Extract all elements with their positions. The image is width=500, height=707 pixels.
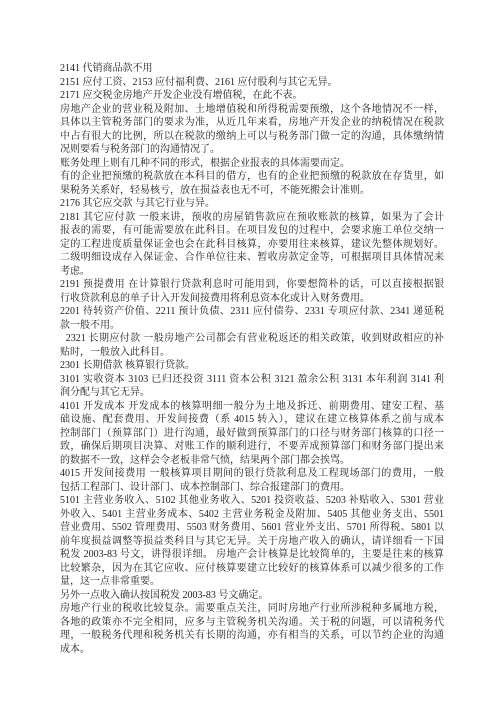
- text-line-content: 3101 实收资本 3103 已归还投资 3111 资本公积 3121 盈余公积…: [60, 374, 444, 385]
- text-line: 房地产行业的税收比较复杂。需要重点关注，同时房地产行业所涉税种多属地方税，: [60, 602, 444, 616]
- text-line: 定的工程进度质量保证金也会在此科目核算，亦要用往来核算，建议先整体规划好。: [60, 238, 444, 252]
- text-line-content: 润分配与其它无异。: [60, 387, 150, 398]
- text-line-content: 4101 开发成本 开发成本的核算明细一般分为土地及拆迁、前期费用、建安工程、基: [60, 401, 444, 412]
- text-line: 比较繁杂，因为在其它应收、应付核算要建立比较好的核算体系可以减少很多的工作: [60, 562, 444, 576]
- text-line: 4015 开发间接费用 一般核算项目期间的银行贷款利息及工程现场部门的费用，一般: [60, 467, 444, 481]
- text-line: 2301 长期借款 核算银行贷款。: [60, 359, 444, 373]
- text-line: 2171 应交税金房地产开发企业没有增值税，在此不表。: [60, 89, 444, 103]
- text-line: 考虑。: [60, 265, 444, 279]
- text-line: 3101 实收资本 3103 已归还投资 3111 资本公积 3121 盈余公积…: [60, 373, 444, 387]
- text-line-content: 报表的需要，有可能需要放在此科目。在项目发包的过程中，会要求施工单位交纳一: [60, 225, 444, 236]
- text-line: 果税务关系好，轻易核亏，放在损益表也无不可，不能死搬会计准则。: [60, 184, 444, 198]
- text-line: 的数据不一致，这样会令老板非常气愤，结果两个部门都会挨骂。: [60, 454, 444, 468]
- text-line: 具体以主管税务部门的要求为准，从近几年来看，房地产开发企业的纳税情况在税款: [60, 116, 444, 130]
- text-line-content: 致，确保后期项目决算、对账工作的顺利进行，不要弄成预算部门和财务部门提出来: [60, 441, 444, 452]
- text-line: 二级明细设成存入保证金、合作单位往来、暂收房款定金等，可根据项目具体情况来: [60, 251, 444, 265]
- text-line-content: 2171 应交税金房地产开发企业没有增值税，在此不表。: [60, 90, 303, 101]
- text-line: 账务处理上则有几种不同的形式，根据企业报表的具体需要而定。: [60, 157, 444, 171]
- text-line: 况则要看与税务部门的沟通情况了。: [60, 143, 444, 157]
- text-line: 2181 其它应付款 一般来讲，预收的房屋销售款应在预收账款的核算，如果为了会计: [60, 211, 444, 225]
- text-line-content: 考虑。: [60, 266, 90, 277]
- text-line: 润分配与其它无异。: [60, 386, 444, 400]
- text-line-content: 包括工程部门、设计部门、成本控制部门、综合报建部门的费用。: [60, 482, 350, 493]
- text-line: 2191 预提费用 在计算银行贷款利息时可能用到，你要想简朴的话，可以直接根据银: [60, 278, 444, 292]
- text-line-content: 前年度损益调整等损益类科目与其它无异。关于房地产收入的确认，请详细看一下国: [60, 536, 444, 547]
- text-line: 2141 代销商品款不用: [60, 62, 444, 76]
- text-line: 税发 2003-83 号文，讲得很详细。 房地产会计核算是比较简单的，主要是往来…: [60, 548, 444, 562]
- text-line-content: 各地的政策亦不完全相同，应多与主管税务机关沟通。关于税的问题，可以请税务代: [60, 617, 444, 628]
- text-line: 础设施、配套费用、开发间接费（系 4015 转入），建议在建立核算体系之前与成本: [60, 413, 444, 427]
- text-line: 有的企业把预缴的税款放在本科目的借方，也有的企业把预缴的税款放在存货里，如: [60, 170, 444, 184]
- text-line-content: 行收贷款利息的单子计入开发间接费用将利息资本化或计入财务费用。: [60, 293, 370, 304]
- text-line: 房地产企业的营业税及附加、土地增值税和所得税需要预缴，这个各地情况不一样，: [60, 103, 444, 117]
- text-line-content: 2151 应付工资、2153 应付福利费、2161 应付股利与其它无异。: [60, 77, 338, 88]
- text-line-content: 有的企业把预缴的税款放在本科目的借方，也有的企业把预缴的税款放在存货里，如: [60, 171, 444, 182]
- text-line-content: 理，一般税务代理和税务机关有长期的沟通，亦有相当的关系，可以节约企业的沟通: [60, 630, 444, 641]
- text-line-content: 果税务关系好，轻易核亏，放在损益表也无不可，不能死搬会计准则。: [60, 185, 370, 196]
- document-text: 2141 代销商品款不用2151 应付工资、2153 应付福利费、2161 应付…: [60, 62, 444, 656]
- text-line-content: 另外一点收入确认按国税发 2003-83 号文确定。: [60, 590, 268, 601]
- text-line: 前年度损益调整等损益类科目与其它无异。关于房地产收入的确认，请详细看一下国: [60, 535, 444, 549]
- text-line-content: 营业费用、5502 管理费用、5503 财务费用、5601 营业外支出、5701…: [60, 522, 444, 533]
- text-line: 款一般不用。: [60, 319, 444, 333]
- text-line-content: 量，这一点非常重要。: [60, 576, 160, 587]
- text-line-content: 外收入、5401 主营业务成本、5402 主营业务税金及附加、5405 其他业务…: [60, 509, 444, 520]
- text-line-content: 2181 其它应付款 一般来讲，预收的房屋销售款应在预收账款的核算，如果为了会计: [60, 212, 444, 223]
- text-line-content: 账务处理上则有几种不同的形式，根据企业报表的具体需要而定。: [60, 158, 350, 169]
- text-line: 各地的政策亦不完全相同，应多与主管税务机关沟通。关于税的问题，可以请税务代: [60, 616, 444, 630]
- text-line: 成本。: [60, 643, 444, 657]
- text-line: 2321 长期应付款 一般房地产公司都会有营业税返还的相关政策，收到财政相应的补: [60, 332, 444, 346]
- text-line-content: 房地产行业的税收比较复杂。需要重点关注，同时房地产行业所涉税种多属地方税，: [60, 603, 444, 614]
- text-line: 2151 应付工资、2153 应付福利费、2161 应付股利与其它无异。: [60, 76, 444, 90]
- text-line: 外收入、5401 主营业务成本、5402 主营业务税金及附加、5405 其他业务…: [60, 508, 444, 522]
- text-line-content: 2141 代销商品款不用: [60, 63, 153, 74]
- text-line: 控制部门（预算部门）进行沟通，最好做到预算部门的口径与财务部门核算的口径一: [60, 427, 444, 441]
- text-line: 营业费用、5502 管理费用、5503 财务费用、5601 营业外支出、5701…: [60, 521, 444, 535]
- text-line: 2201 待转资产价值、2211 预计负债、2311 应付债券、2331 专项应…: [60, 305, 444, 319]
- text-line-content: 款一般不用。: [60, 320, 120, 331]
- text-line: 另外一点收入确认按国税发 2003-83 号文确定。: [60, 589, 444, 603]
- text-line-content: 房地产企业的营业税及附加、土地增值税和所得税需要预缴，这个各地情况不一样，: [60, 104, 444, 115]
- text-line-content: 础设施、配套费用、开发间接费（系 4015 转入），建议在建立核算体系之前与成本: [60, 414, 444, 425]
- text-line-content: 税发 2003-83 号文，讲得很详细。 房地产会计核算是比较简单的，主要是往来…: [60, 549, 444, 560]
- text-line-content: 具体以主管税务部门的要求为准，从近几年来看，房地产开发企业的纳税情况在税款: [60, 117, 444, 128]
- text-line: 量，这一点非常重要。: [60, 575, 444, 589]
- text-line-content: 2301 长期借款 核算银行贷款。: [60, 360, 195, 371]
- text-line-content: 的数据不一致，这样会令老板非常气愤，结果两个部门都会挨骂。: [60, 455, 350, 466]
- text-line-content: 2191 预提费用 在计算银行贷款利息时可能用到，你要想简朴的话，可以直接根据银: [60, 279, 444, 290]
- text-line-content: 况则要看与税务部门的沟通情况了。: [60, 144, 220, 155]
- text-line: 贴时，一般放入此科目。: [60, 346, 444, 360]
- text-line: 中占有很大的比例，所以在税款的缴纳上可以与税务部门做一定的沟通，具体缴纳情: [60, 130, 444, 144]
- text-line: 5101 主营业务收入、5102 其他业务收入、5201 投资收益、5203 补…: [60, 494, 444, 508]
- text-line-content: 2201 待转资产价值、2211 预计负债、2311 应付债券、2331 专项应…: [60, 306, 444, 317]
- text-line-content: 贴时，一般放入此科目。: [60, 347, 170, 358]
- text-line-content: 4015 开发间接费用 一般核算项目期间的银行贷款利息及工程现场部门的费用，一般: [60, 468, 444, 479]
- text-line-content: 2321 长期应付款 一般房地产公司都会有营业税返还的相关政策，收到财政相应的补: [60, 333, 444, 344]
- text-line-content: 2176 其它应交款 与其它行业与异。: [60, 198, 215, 209]
- text-line: 2176 其它应交款 与其它行业与异。: [60, 197, 444, 211]
- text-line: 理，一般税务代理和税务机关有长期的沟通，亦有相当的关系，可以节约企业的沟通: [60, 629, 444, 643]
- text-line-content: 5101 主营业务收入、5102 其他业务收入、5201 投资收益、5203 补…: [60, 495, 444, 506]
- text-line: 报表的需要，有可能需要放在此科目。在项目发包的过程中，会要求施工单位交纳一: [60, 224, 444, 238]
- text-line-content: 二级明细设成存入保证金、合作单位往来、暂收房款定金等，可根据项目具体情况来: [60, 252, 444, 263]
- text-line: 包括工程部门、设计部门、成本控制部门、综合报建部门的费用。: [60, 481, 444, 495]
- text-line-content: 控制部门（预算部门）进行沟通，最好做到预算部门的口径与财务部门核算的口径一: [60, 428, 444, 439]
- text-line-content: 定的工程进度质量保证金也会在此科目核算，亦要用往来核算，建议先整体规划好。: [60, 239, 444, 250]
- text-line-content: 成本。: [60, 644, 90, 655]
- text-line-content: 中占有很大的比例，所以在税款的缴纳上可以与税务部门做一定的沟通，具体缴纳情: [60, 131, 444, 142]
- text-line: 致，确保后期项目决算、对账工作的顺利进行，不要弄成预算部门和财务部门提出来: [60, 440, 444, 454]
- document-page: 2141 代销商品款不用2151 应付工资、2153 应付福利费、2161 应付…: [0, 0, 500, 707]
- text-line: 4101 开发成本 开发成本的核算明细一般分为土地及拆迁、前期费用、建安工程、基: [60, 400, 444, 414]
- text-line-content: 比较繁杂，因为在其它应收、应付核算要建立比较好的核算体系可以减少很多的工作: [60, 563, 444, 574]
- text-line: 行收贷款利息的单子计入开发间接费用将利息资本化或计入财务费用。: [60, 292, 444, 306]
